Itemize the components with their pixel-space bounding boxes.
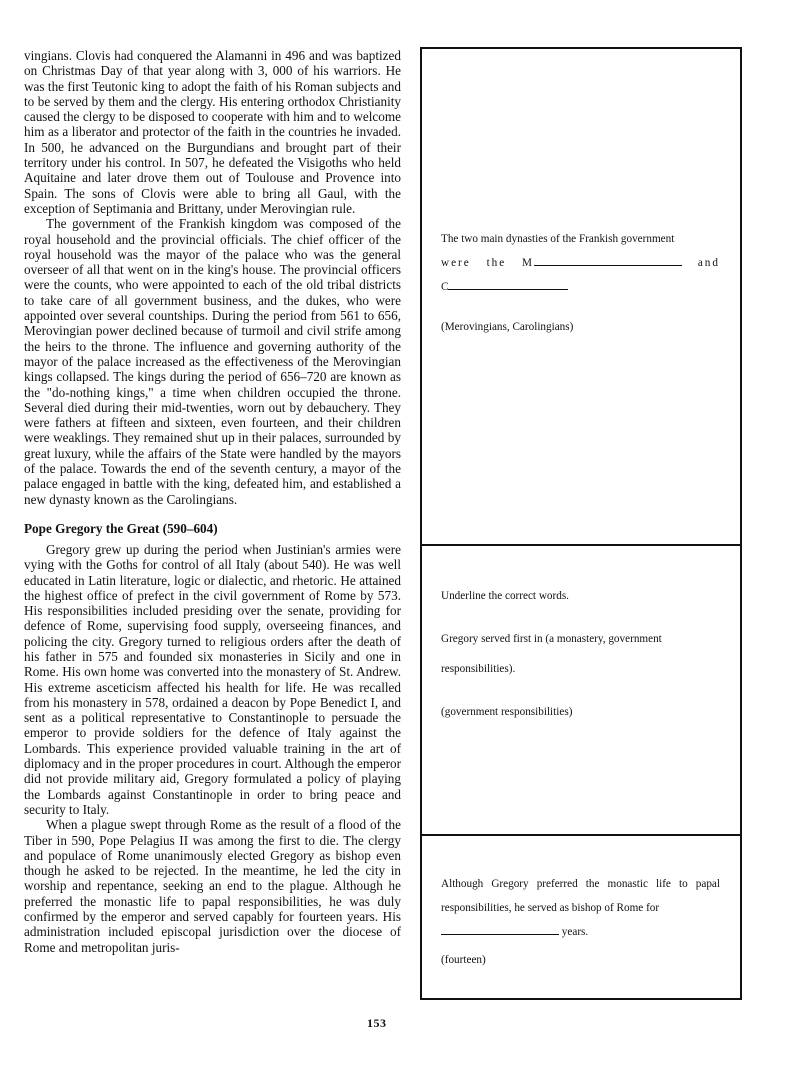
frame-gregory-first-service-content: Underline the correct words. Gregory ser… (441, 584, 720, 724)
blank-prefix-m: M (522, 257, 534, 269)
blank-years[interactable]: years. (441, 920, 720, 944)
section-heading-pope-gregory: Pope Gregory the Great (590–604) (24, 521, 401, 537)
answer-text: (government responsibilities) (441, 700, 720, 724)
blank-carolingians[interactable]: C (441, 275, 720, 299)
word-were: were (441, 251, 471, 275)
frame-gregory-years: Although Gregory preferred the monastic … (422, 834, 740, 1000)
frame-gregory-years-content: Although Gregory preferred the monastic … (441, 872, 720, 972)
paragraph-gregory-bishop: When a plague swept through Rome as the … (24, 817, 401, 955)
fill-in-line (448, 277, 568, 290)
blank-prefix-c: C (441, 281, 448, 293)
word-the: the (487, 251, 507, 275)
question-text: Gregory served first in (a monastery, go… (441, 624, 720, 684)
blank-suffix-years: years. (562, 926, 588, 938)
answer-text: (Merovingians, Carolingians) (441, 315, 720, 339)
question-text: Although Gregory preferred the monastic … (441, 872, 720, 920)
paragraph-frankish-government: The government of the Frankish kingdom w… (24, 216, 401, 507)
programmed-learning-frames: The two main dynasties of the Frankish g… (420, 47, 742, 1000)
frame-gregory-first-service: Underline the correct words. Gregory ser… (422, 544, 740, 836)
fill-in-line (534, 253, 682, 266)
frame-dynasties-content: The two main dynasties of the Frankish g… (441, 227, 720, 339)
page-number: 153 (367, 1016, 387, 1031)
question-line: The two main dynasties of the Frankish g… (441, 227, 720, 251)
frame-dynasties: The two main dynasties of the Frankish g… (422, 49, 740, 544)
question-line-blanks: were the M and (441, 251, 720, 275)
main-text-column: vingians. Clovis had conquered the Alama… (24, 48, 401, 955)
paragraph-gregory-early-life: Gregory grew up during the period when J… (24, 542, 401, 817)
fill-in-line (441, 922, 559, 935)
blank-merovingians[interactable]: M (522, 251, 682, 275)
word-and: and (698, 251, 720, 275)
paragraph-clovis: vingians. Clovis had conquered the Alama… (24, 48, 401, 216)
instruction-text: Underline the correct words. (441, 584, 720, 608)
answer-text: (fourteen) (441, 948, 720, 972)
